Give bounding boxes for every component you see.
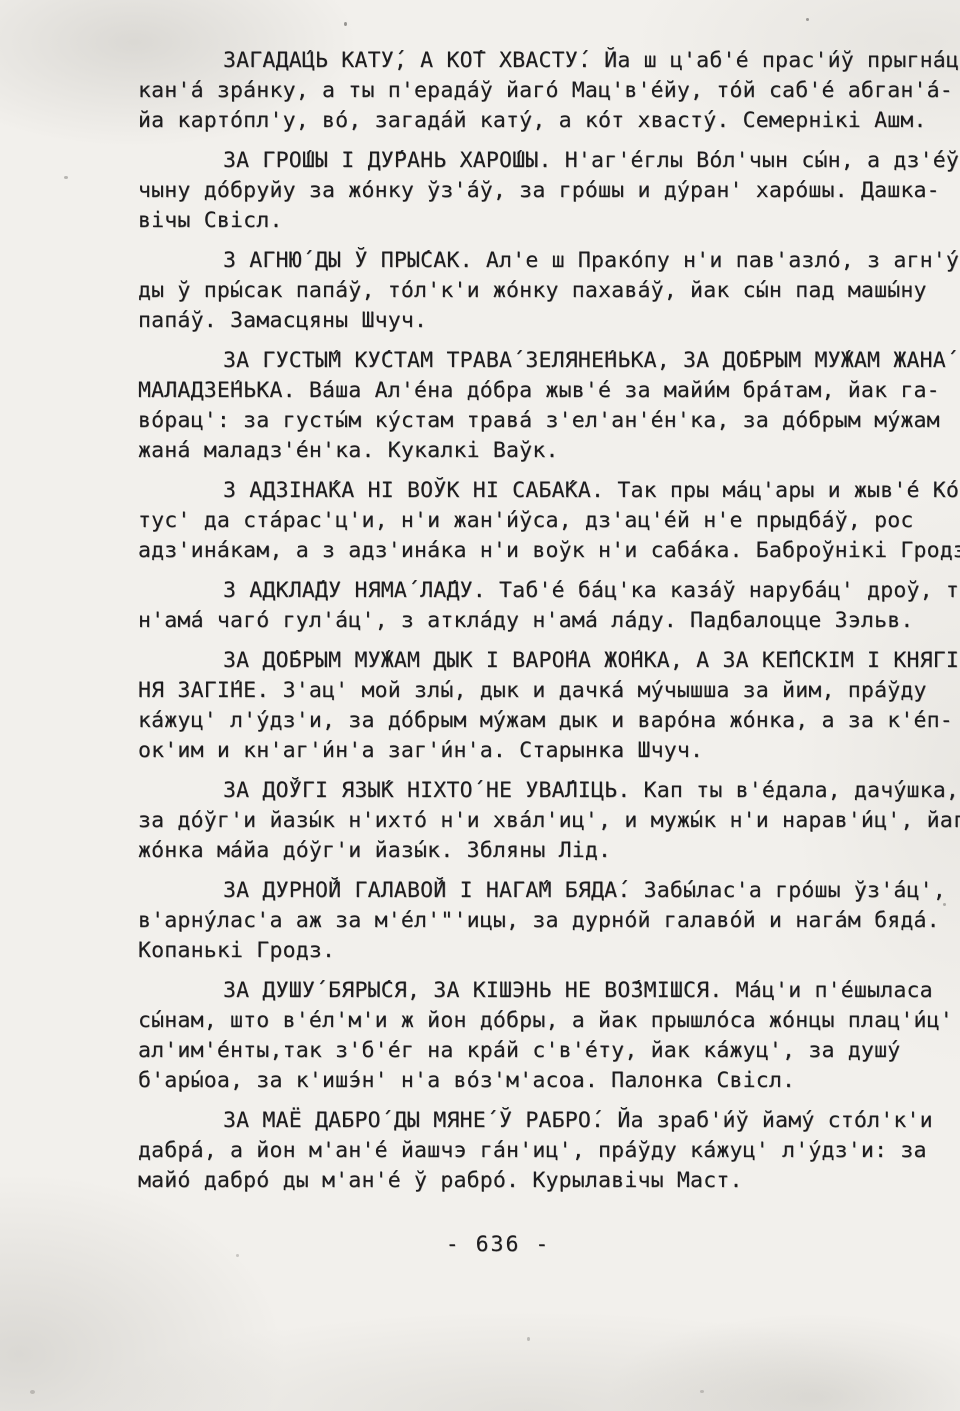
proverb-paragraph: З АГНЮ́ ДЫ Ў ПРЫ́САК. Ал'е ш Прако́пу н'…: [138, 246, 960, 336]
text-line: ЗА ДУШУ́ БЯРЫ́СЯ, ЗА КІШЭНЬ НЕ ВО́ЗМІШСЯ…: [138, 976, 960, 1006]
text-line: дабра́, а йон м'ан'е́ йашчэ га́н'иц', пр…: [138, 1136, 960, 1166]
text-line: во́рац': за густы́м ку́стам трава́ з'ел'…: [138, 406, 960, 436]
proverb-paragraph: ЗА ДО́ЎГІ ЯЗЫ́К НІХТО́ НЕ УВА́ЛІЦЬ. Кап …: [138, 776, 960, 866]
proverb-paragraph: ЗА ДУРНО́Й ГАЛАВО́Й І НАГА́М БЯДА́. Забы…: [138, 876, 960, 966]
proverb-paragraph: ЗА ГРО́ШЫ І ДУ́РАНЬ ХАРО́ШЫ. Н'аг'е́глы …: [138, 146, 960, 236]
ink-speck: [30, 1390, 35, 1394]
text-line: З АДЗІНА́КА НІ ВОЎК НІ САБА́КА. Так пры …: [138, 476, 960, 506]
text-line: сы́нам, што в'е́л'м'и ж йон до́бры, а йа…: [138, 1006, 960, 1036]
text-line: ЗА ДО́БРЫМ МУ́ЖАМ ДЫК І ВАРО́НА ЖО́НКА, …: [138, 646, 960, 676]
proverb-paragraph: ЗАГАДА́ЦЬ КАТУ́, А КО́Т ХВАСТУ́. Йа ш ц'…: [138, 46, 960, 136]
proverb-paragraph: ЗА ДУШУ́ БЯРЫ́СЯ, ЗА КІШЭНЬ НЕ ВО́ЗМІШСЯ…: [138, 976, 960, 1096]
text-line: Копанькі Гродз.: [138, 936, 960, 966]
text-line: ЗА ДО́ЎГІ ЯЗЫ́К НІХТО́ НЕ УВА́ЛІЦЬ. Кап …: [138, 776, 960, 806]
text-line: ЗА ГРО́ШЫ І ДУ́РАНЬ ХАРО́ШЫ. Н'аг'е́глы …: [138, 146, 960, 176]
text-line: З АГНЮ́ ДЫ Ў ПРЫ́САК. Ал'е ш Прако́пу н'…: [138, 246, 960, 276]
text-line: ды ў пры́сак папа́ў, то́л'к'и жо́нку пах…: [138, 276, 960, 306]
ink-speck: [527, 1337, 530, 1341]
ink-speck: [344, 22, 347, 26]
proverb-paragraph: ЗА ГУСТЫ́М КУ́СТАМ ТРАВА́ ЗЕЛЯНЕ́НЬКА, З…: [138, 346, 960, 466]
ink-speck: [806, 18, 809, 21]
text-line: папа́ў. Замасцяны Шчуч.: [138, 306, 960, 336]
text-line: тус' да ста́рас'ц'и, н'и жан'и́ўса, дз'а…: [138, 506, 960, 536]
text-line: ок'им и кн'аг'и́н'а заг'и́н'а. Старынка …: [138, 736, 960, 766]
proverb-paragraph: З АДКЛА́ДУ НЯМА́ ЛА́ДУ. Таб'е́ ба́ц'ка к…: [138, 576, 960, 636]
text-line: ка́жуц' л'у́дз'и, за до́брым му́жам дык …: [138, 706, 960, 736]
text-line: йа карто́пл'у, во́, загада́й кату́, а ко…: [138, 106, 960, 136]
text-line: НЯ ЗАГІ́НЕ. З'ац' мой злы́, дык и дачка́…: [138, 676, 960, 706]
scanned-page: ЗАГАДА́ЦЬ КАТУ́, А КО́Т ХВАСТУ́. Йа ш ц'…: [0, 0, 960, 1411]
text-line: ЗА ДУРНО́Й ГАЛАВО́Й І НАГА́М БЯДА́. Забы…: [138, 876, 960, 906]
text-line: ЗА ГУСТЫ́М КУ́СТАМ ТРАВА́ ЗЕЛЯНЕ́НЬКА, З…: [138, 346, 960, 376]
proverb-paragraph: З АДЗІНА́КА НІ ВОЎК НІ САБА́КА. Так пры …: [138, 476, 960, 566]
text-line: МАЛАДЗЕ́НЬКА. Ва́ша Ал'е́на до́бра жыв'е…: [138, 376, 960, 406]
text-line: б'ары́оа, за к'ишэ́н' н'а во́з'м'асоа. П…: [138, 1066, 960, 1096]
text-line: чыну до́бруйу за жо́нку ўз'а́ў, за гро́ш…: [138, 176, 960, 206]
text-line: кан'а́ зра́нку, а ты п'ерада́ў йаго́ Мац…: [138, 76, 960, 106]
text-line: ал'им'е́нты,так з'б'е́г на кра́й с'в'е́т…: [138, 1036, 960, 1066]
text-line: ЗАГАДА́ЦЬ КАТУ́, А КО́Т ХВАСТУ́. Йа ш ц'…: [138, 46, 960, 76]
text-line: майо́ дабро́ ды м'ан'е́ ў рабро́. Курыла…: [138, 1166, 960, 1196]
text-line: ЗА МАЁ ДАБРО́ ДЫ МЯНЕ́ Ў РАБРО́. Йа зраб…: [138, 1106, 960, 1136]
text-line: в'арну́лас'а аж за м'е́л'"'ицы, за дурно…: [138, 906, 960, 936]
text-line: адз'ина́кам, а з адз'ина́ка н'и воўк н'и…: [138, 536, 960, 566]
text-line: жо́нка ма́йа до́ўг'и йазы́к. Збляны Лід.: [138, 836, 960, 866]
ink-speck: [64, 176, 68, 179]
proverb-text-block: ЗАГАДА́ЦЬ КАТУ́, А КО́Т ХВАСТУ́. Йа ш ц'…: [138, 46, 960, 1260]
proverb-paragraph: ЗА МАЁ ДАБРО́ ДЫ МЯНЕ́ Ў РАБРО́. Йа зраб…: [138, 1106, 960, 1196]
text-line: н'ама́ чаго́ гул'а́ц', з аткла́ду н'ама́…: [138, 606, 960, 636]
text-line: за до́ўг'и йазы́к н'ихто́ н'и хва́л'иц',…: [138, 806, 960, 836]
page-number: - 636 -: [138, 1230, 858, 1260]
ink-speck: [700, 1390, 704, 1393]
proverb-paragraph: ЗА ДО́БРЫМ МУ́ЖАМ ДЫК І ВАРО́НА ЖО́НКА, …: [138, 646, 960, 766]
text-line: жана́ маладз'е́н'ка. Кукалкі Ваўк.: [138, 436, 960, 466]
text-line: З АДКЛА́ДУ НЯМА́ ЛА́ДУ. Таб'е́ ба́ц'ка к…: [138, 576, 960, 606]
text-line: вічы Свісл.: [138, 206, 960, 236]
